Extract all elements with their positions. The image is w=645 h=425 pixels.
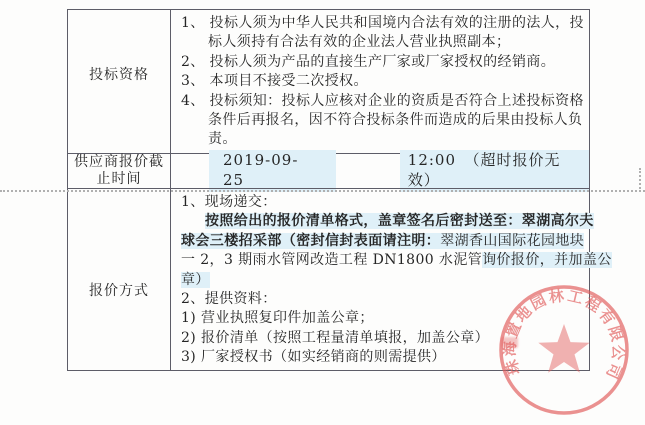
deadline-label-cell: 供应商报价截止时间: [68, 154, 171, 188]
quote-line: 2、提供资料：: [181, 290, 612, 309]
qualification-label-cell: 投标资格: [68, 10, 171, 153]
qualification-line: 3、 本项目不接受二次授权。: [181, 72, 584, 91]
envelope-note-bold: 球会三楼招采部（密封信封表面请注明：: [181, 233, 440, 249]
page-boundary-dotted-line: [0, 190, 645, 192]
quote-note-highlight-end: 章）: [181, 272, 210, 288]
quote-line: 3) 厂家授权书（如实经销商的则需提供）: [181, 348, 612, 367]
delivery-instruction-bold: 按照给出的报价清单格式，盖章签名后密封送至：翠湖高尔夫: [205, 213, 594, 229]
qualification-line: 4、 投标须知：投标人应核对企业的资质是否符合上述投标资格: [181, 92, 584, 111]
page-boundary-corner-mark: [639, 168, 641, 192]
deadline-date-highlight: 2019-09- 25: [209, 150, 336, 192]
quote-line: 一 2，3 期雨水管网改造工程 DN1800 水泥管询价报价，并加盖公: [181, 251, 612, 270]
qualification-line: 1、 投标人须为中华人民共和国境内合法有效的注册的法人，投: [181, 14, 584, 33]
quote-line: 按照给出的报价清单格式，盖章签名后密封送至：翠湖高尔夫: [181, 212, 612, 231]
deadline-label: 供应商报价截止时间: [73, 154, 165, 188]
qualification-line: 2、 投标人须为产品的直接生产厂家或厂家授权的经销商。: [181, 53, 584, 72]
quote-note-highlight: 询价报价，并加盖公: [482, 252, 612, 268]
quote-line: 2) 报价清单（按照工程量清单填报，加盖公章）: [181, 329, 612, 348]
quote-line: 章）: [181, 271, 612, 290]
quote-line: 1、现场递交：: [181, 193, 612, 212]
quote-method-label-cell: 报价方式: [68, 189, 171, 370]
table-row-qualification: 投标资格 1、 投标人须为中华人民共和国境内合法有效的注册的法人，投 标人须持有…: [68, 10, 589, 153]
qualification-line: 责。: [181, 130, 584, 149]
deadline-time-highlight: 12:00 （超时报价无效）: [400, 150, 589, 192]
deadline-content: 2019-09- 25 12:00 （超时报价无效）: [171, 154, 589, 188]
qualification-line: 条件后再报名，因不符合投标条件而造成的后果由投标人负: [181, 111, 584, 130]
qualification-line: 标人须持有合法有效的企业法人营业执照副本；: [181, 33, 584, 52]
quote-method-content: 1、现场递交： 按照给出的报价清单格式，盖章签名后密封送至：翠湖高尔夫 球会三楼…: [171, 189, 618, 370]
qualification-label: 投标资格: [89, 67, 149, 84]
project-name-plain: 一 2，3 期雨水管网改造工程 DN1800 水泥管: [181, 252, 482, 268]
table-row-quote-method: 报价方式 1、现场递交： 按照给出的报价清单格式，盖章签名后密封送至：翠湖高尔夫…: [68, 188, 589, 370]
project-name-highlight: 翠湖香山国际花园地块: [440, 233, 584, 249]
table-row-deadline: 供应商报价截止时间 2019-09- 25 12:00 （超时报价无效）: [68, 153, 589, 188]
quote-method-label: 报价方式: [89, 283, 149, 300]
qualification-content: 1、 投标人须为中华人民共和国境内合法有效的注册的法人，投 标人须持有合法有效的…: [171, 10, 590, 153]
quote-line: 球会三楼招采部（密封信封表面请注明：翠湖香山国际花园地块: [181, 232, 612, 251]
quote-line: 1) 营业执照复印件加盖公章；: [181, 309, 612, 328]
